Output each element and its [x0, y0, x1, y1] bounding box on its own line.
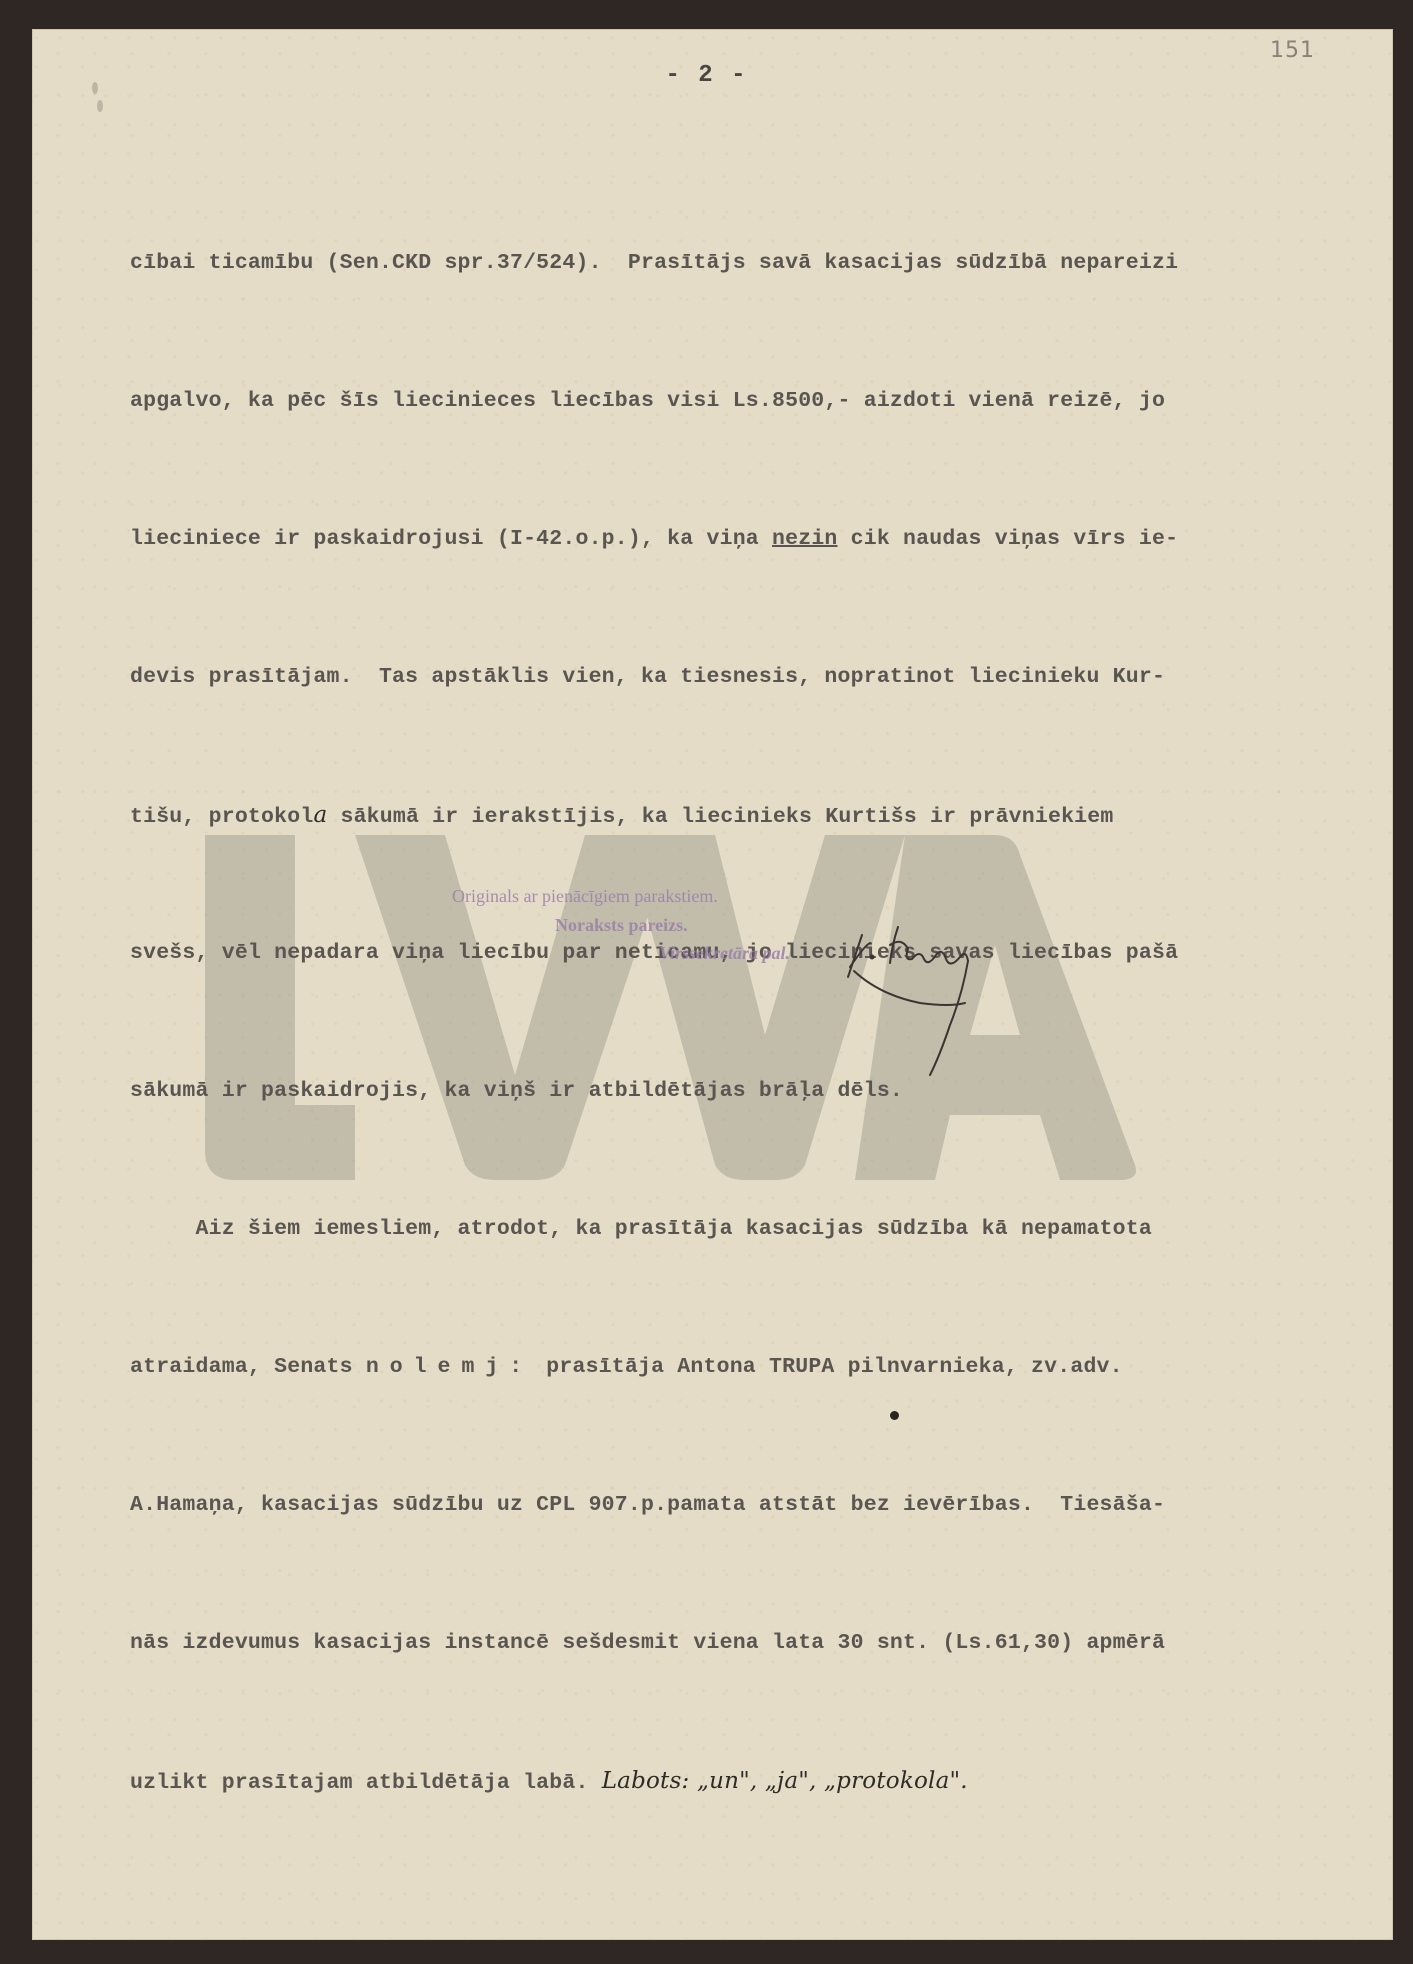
- text-line: sākumā ir paskaidrojis, ka viņš ir atbil…: [130, 1068, 1350, 1114]
- text-line: lieciniece ir paskaidrojusi (I-42.o.p.),…: [130, 516, 1350, 562]
- ink-spot: [890, 1411, 899, 1420]
- handwritten-signature: [840, 915, 1010, 1085]
- certification-stamp-line: Virssekretāra pal.: [659, 943, 790, 964]
- text-line: atraidama, Senats nolemj: prasītāja Anto…: [130, 1344, 1350, 1390]
- text-line: devis prasītājam. Tas apstāklis vien, ka…: [130, 654, 1350, 700]
- paper-stain: [97, 100, 103, 112]
- text-line: uzlikt prasītajam atbildētāja labā. Labo…: [130, 1758, 1350, 1804]
- page-number: - 2 -: [0, 62, 1413, 89]
- spaced-verdict: nolemj:: [366, 1355, 533, 1379]
- text-line: A.Hamaņa, kasacijas sūdzību uz CPL 907.p…: [130, 1482, 1350, 1528]
- text-line: cībai ticamību (Sen.CKD spr.37/524). Pra…: [130, 240, 1350, 286]
- folio-number: 151: [1270, 38, 1315, 63]
- certification-stamp-line: Noraksts pareizs.: [555, 915, 688, 936]
- handwritten-insert: a: [313, 802, 327, 828]
- document-body: cībai ticamību (Sen.CKD spr.37/524). Pra…: [130, 148, 1350, 1850]
- certification-stamp-line: Originals ar pienācīgiem parakstiem.: [452, 886, 718, 907]
- underlined-word: nezin: [772, 527, 838, 551]
- text-line: Aiz šiem iemesliem, atrodot, ka prasītāj…: [130, 1206, 1350, 1252]
- handwritten-correction-note: Labots: „un", „ja", „protokola".: [602, 1768, 968, 1794]
- text-line: nās izdevumus kasacijas instancē sešdesm…: [130, 1620, 1350, 1666]
- text-line: apgalvo, ka pēc šīs liecinieces liecības…: [130, 378, 1350, 424]
- text-line: tišu, protokola sākumā ir ierakstījis, k…: [130, 792, 1350, 838]
